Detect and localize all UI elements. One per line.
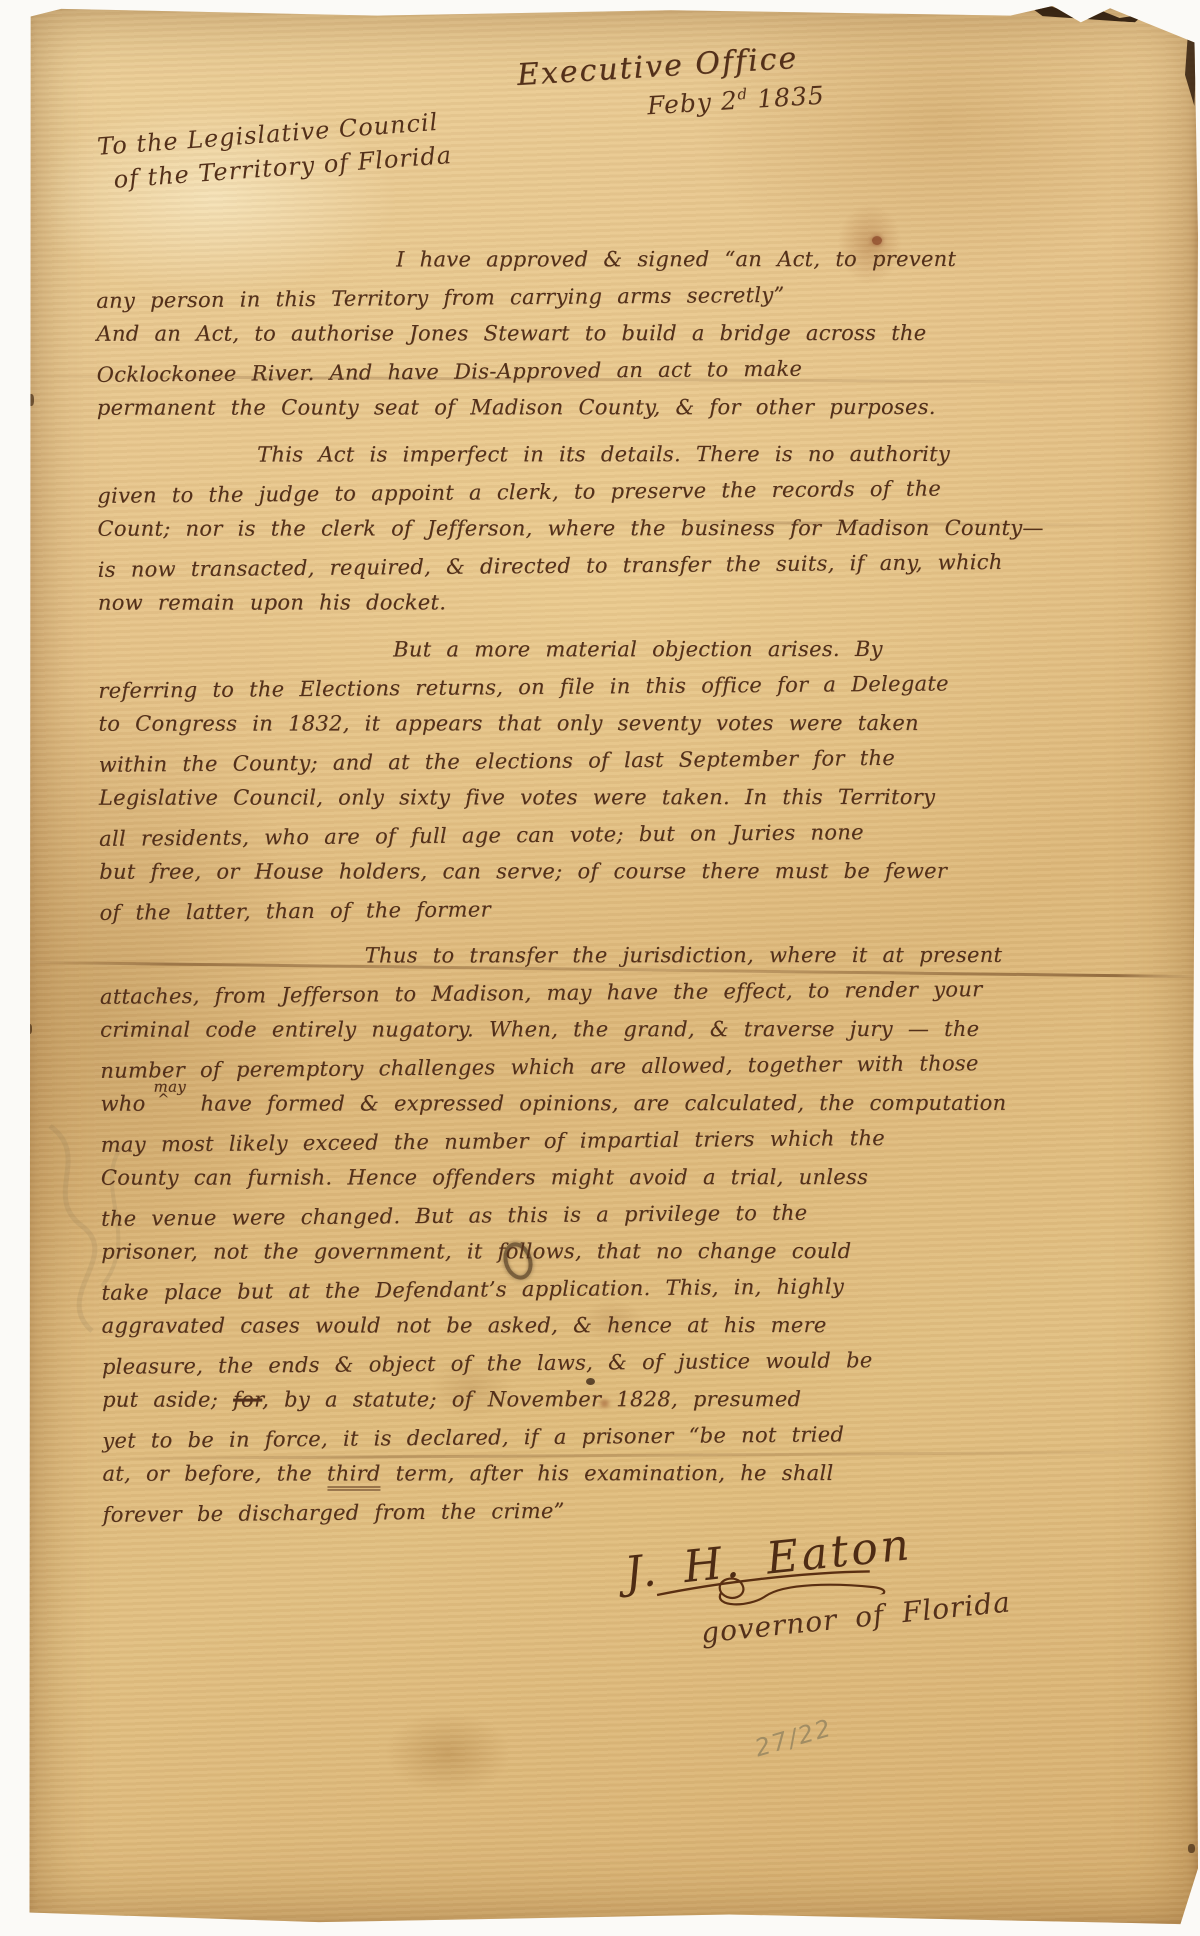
manuscript-line: number of peremptory challenges which ar… bbox=[100, 1044, 1150, 1090]
letter-body: I have approved & signed “an Act, to pre… bbox=[96, 239, 1153, 1662]
paragraph-imperfections: This Act is imperfect in its details. Th… bbox=[97, 434, 1148, 624]
edge-fleck bbox=[28, 394, 34, 406]
edge-fleck bbox=[27, 1024, 32, 1034]
manuscript-line-with-insertion: whomay^ have formed & expressed opinions… bbox=[100, 1085, 1150, 1123]
manuscript-line: But a more material objection arises. By bbox=[98, 631, 1148, 669]
interlinear-insertion: may^ bbox=[146, 1091, 186, 1111]
paragraph-jurisdiction: Thus to transfer the jurisdiction, where… bbox=[100, 935, 1153, 1532]
text-segment: at, or before, the bbox=[102, 1462, 327, 1486]
manuscript-line: Thus to transfer the jurisdiction, where… bbox=[100, 937, 1150, 975]
paragraph-acts: I have approved & signed “an Act, to pre… bbox=[96, 239, 1147, 429]
manuscript-line: within the County; and at the elections … bbox=[99, 738, 1149, 784]
manuscript-line: the venue were changed. But as this is a… bbox=[101, 1192, 1151, 1238]
text-segment: who bbox=[100, 1092, 145, 1116]
manuscript-line: Ocklockonee River. And have Dis-Approved… bbox=[97, 348, 1147, 394]
underlined-word: third bbox=[327, 1462, 381, 1491]
manuscript-line: prisoner, not the government, it follows… bbox=[101, 1233, 1151, 1271]
insertion-caret: ^ bbox=[158, 1082, 170, 1119]
manuscript-line: I have approved & signed “an Act, to pre… bbox=[96, 241, 1146, 279]
manuscript-paper: Executive Office Feby 2d 1835 To the Leg… bbox=[26, 6, 1198, 1926]
manuscript-line: given to the judge to appoint a clerk, t… bbox=[97, 469, 1147, 515]
text-segment: put aside; bbox=[102, 1388, 233, 1412]
manuscript-line: Count; nor is the clerk of Jefferson, wh… bbox=[97, 510, 1147, 548]
text-segment: term, after his examination, he shall bbox=[381, 1461, 834, 1485]
manuscript-line: but free, or House holders, can serve; o… bbox=[99, 853, 1149, 891]
manuscript-line: of the latter, than of the former bbox=[99, 886, 1149, 932]
manuscript-line: may most likely exceed the number of imp… bbox=[101, 1118, 1151, 1164]
manuscript-line: criminal code entirely nugatory. When, t… bbox=[100, 1011, 1150, 1049]
manuscript-line: to Congress in 1832, it appears that onl… bbox=[99, 705, 1149, 743]
manuscript-line: pleasure, the ends & object of the laws,… bbox=[102, 1340, 1152, 1386]
torn-edge-mark bbox=[1185, 32, 1197, 106]
archival-pencil-number: 27/22 bbox=[752, 1714, 836, 1763]
manuscript-line: take place but at the Defendant’s applic… bbox=[101, 1266, 1151, 1312]
manuscript-line: Legislative Council, only sixty five vot… bbox=[99, 779, 1149, 817]
manuscript-line-with-strikethrough: put aside; for, by a statute; of Novembe… bbox=[102, 1381, 1152, 1419]
text-segment: , by a statute; of November 1828, presum… bbox=[262, 1387, 801, 1411]
manuscript-line: And an Act, to authorise Jones Stewart t… bbox=[96, 315, 1146, 353]
manuscript-line: County can furnish. Hence offenders migh… bbox=[101, 1159, 1151, 1197]
manuscript-line: This Act is imperfect in its details. Th… bbox=[97, 436, 1147, 474]
manuscript-line: any person in this Territory from carryi… bbox=[96, 274, 1146, 320]
manuscript-line: yet to be in force, it is declared, if a… bbox=[102, 1414, 1152, 1460]
struck-word: for bbox=[233, 1388, 262, 1412]
manuscript-line: aggravated cases would not be asked, & h… bbox=[102, 1307, 1152, 1345]
text-segment: have formed & expressed opinions, are ca… bbox=[186, 1091, 1007, 1116]
manuscript-line: is now transacted, required, & directed … bbox=[98, 543, 1148, 589]
edge-fleck bbox=[1188, 1844, 1195, 1853]
letter-content: Executive Office Feby 2d 1835 To the Leg… bbox=[96, 58, 1146, 1662]
paragraph-elections: But a more material objection arises. By… bbox=[98, 629, 1150, 930]
manuscript-line: attaches, from Jefferson to Madison, may… bbox=[100, 970, 1150, 1016]
manuscript-line: referring to the Elections returns, on f… bbox=[98, 664, 1148, 710]
manuscript-line: now remain upon his docket. bbox=[98, 584, 1148, 622]
manuscript-line: all residents, who are of full age can v… bbox=[99, 812, 1149, 858]
manuscript-line: permanent the County seat of Madison Cou… bbox=[97, 389, 1147, 427]
manuscript-line-with-underline: at, or before, the third term, after his… bbox=[102, 1455, 1152, 1493]
